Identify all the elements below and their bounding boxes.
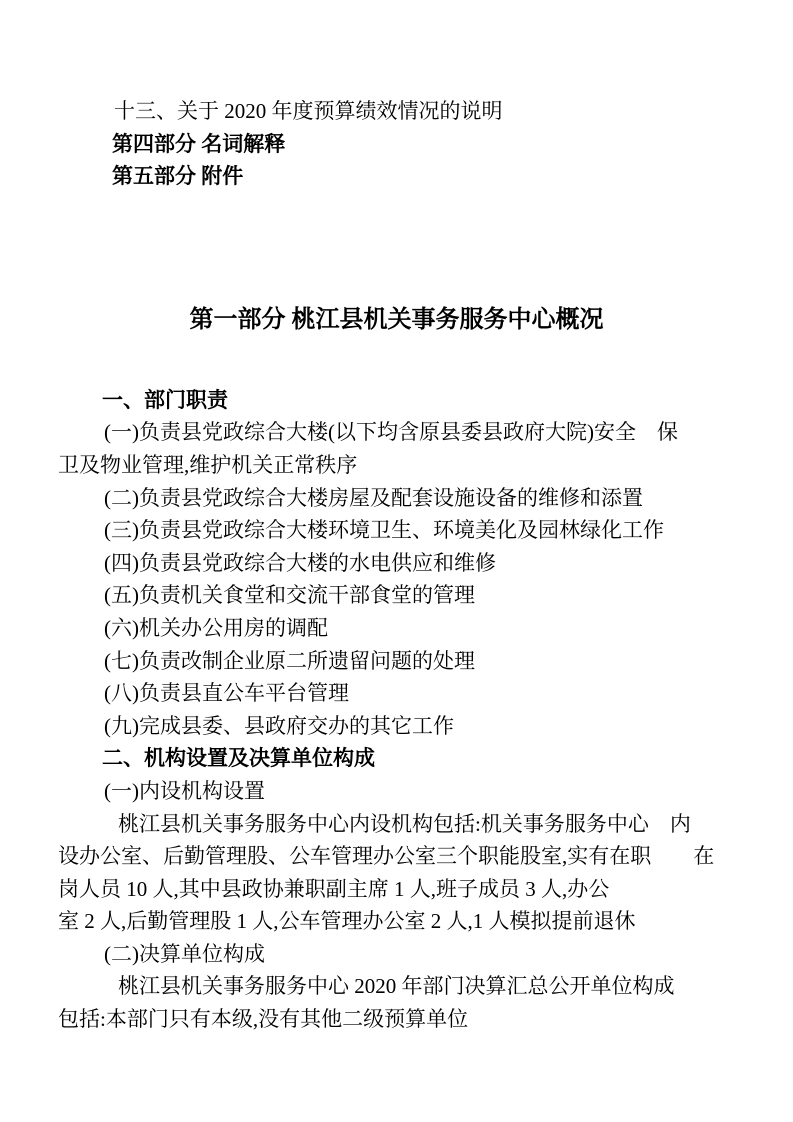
body-text-line: (一)内设机构设置 (58, 775, 735, 808)
body-text-line: 卫及物业管理,维护机关正常秩序 (58, 449, 735, 482)
body-text-line: 岗人员 10 人,其中县政协兼职副主席 1 人,班子成员 3 人,办公 (58, 873, 735, 906)
body-text-line: 桃江县机关事务服务中心 2020 年部门决算汇总公开单位构成 (58, 970, 735, 1003)
body-text-line: (一)负责县党政综合大楼(以下均含原县委县政府大院)安全 保 (58, 416, 735, 449)
body-text-line: 室 2 人,后勤管理股 1 人,公车管理办公室 2 人,1 人模拟提前退休 (58, 905, 735, 938)
body-text-line: (八)负责县直公车平台管理 (58, 677, 735, 710)
body-text-line: (九)完成县委、县政府交办的其它工作 (58, 710, 735, 743)
document-page: 十三、关于 2020 年度预算绩效情况的说明第四部分 名词解释第五部分 附件 第… (0, 0, 793, 1122)
body-text-line: (五)负责机关食堂和交流干部食堂的管理 (58, 579, 735, 612)
toc-line: 十三、关于 2020 年度预算绩效情况的说明 (58, 95, 735, 128)
body-text-line: (二)决算单位构成 (58, 938, 735, 971)
body-text-line: (三)负责县党政综合大楼环境卫生、环境美化及园林绿化工作 (58, 514, 735, 547)
body-text-line: 包括:本部门只有本级,没有其他二级预算单位 (58, 1003, 735, 1036)
body-text-line: 二、机构设置及决算单位构成 (58, 742, 735, 775)
toc-line: 第四部分 名词解释 (58, 128, 735, 161)
part-one-title: 第一部分 桃江县机关事务服务中心概况 (58, 300, 735, 340)
body-text-line: 设办公室、后勤管理股、公车管理办公室三个职能股室,实有在职 在 (58, 840, 735, 873)
body-text-line: 桃江县机关事务服务中心内设机构包括:机关事务服务中心 内 (58, 808, 735, 841)
document-body: 一、部门职责(一)负责县党政综合大楼(以下均含原县委县政府大院)安全 保卫及物业… (58, 384, 735, 1036)
toc-tail-lines: 十三、关于 2020 年度预算绩效情况的说明第四部分 名词解释第五部分 附件 (58, 95, 735, 193)
body-text-line: 一、部门职责 (58, 384, 735, 417)
body-text-line: (六)机关办公用房的调配 (58, 612, 735, 645)
toc-line: 第五部分 附件 (58, 160, 735, 193)
body-text-line: (七)负责改制企业原二所遗留问题的处理 (58, 645, 735, 678)
body-text-line: (二)负责县党政综合大楼房屋及配套设施设备的维修和添置 (58, 482, 735, 515)
body-text-line: (四)负责县党政综合大楼的水电供应和维修 (58, 547, 735, 580)
